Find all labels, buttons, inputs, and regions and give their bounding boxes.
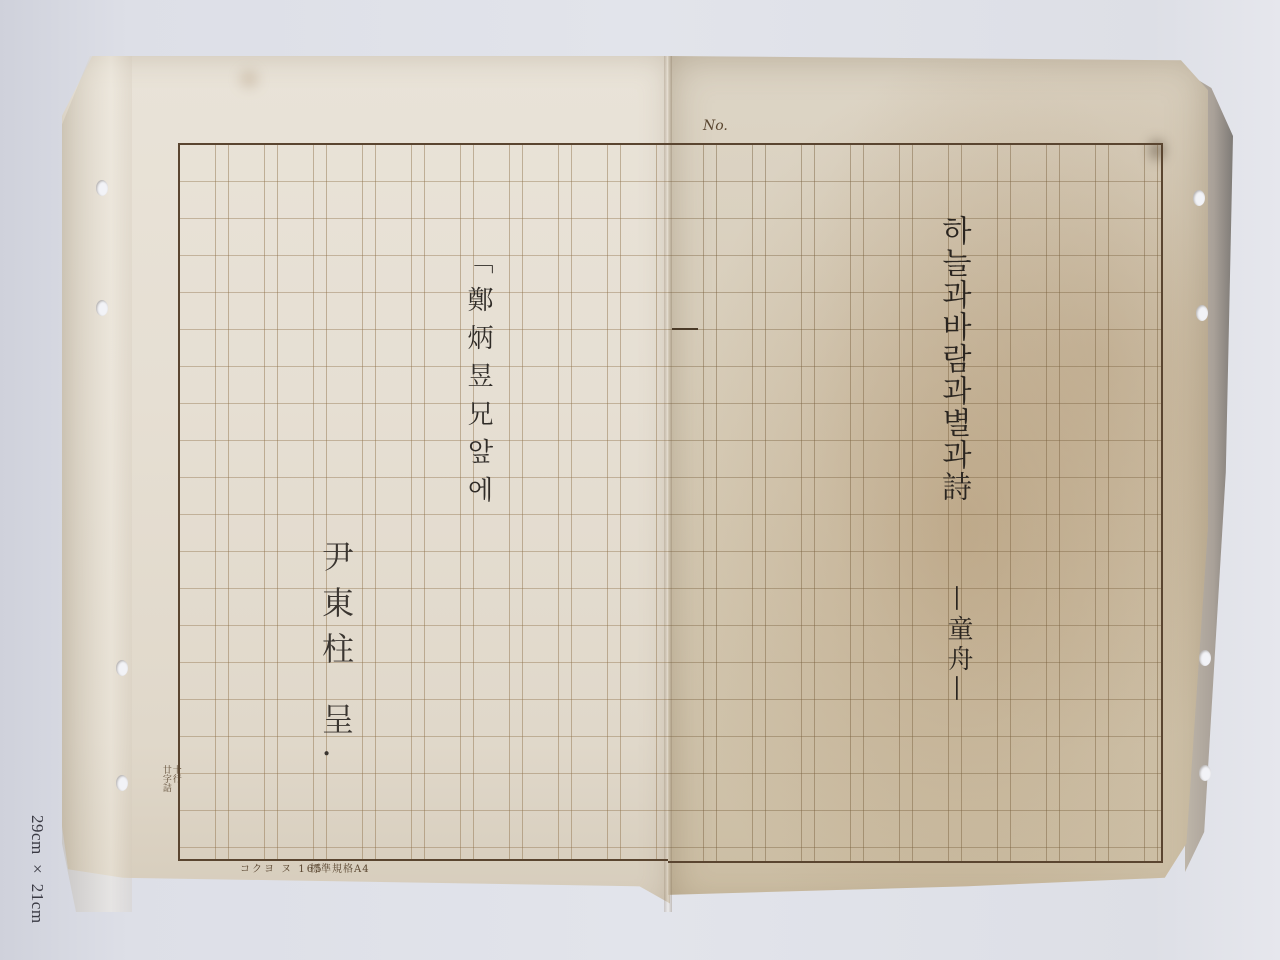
center-mark: [672, 328, 698, 330]
handwritten-signature: 尹東柱 呈.: [320, 540, 352, 772]
punch-hole: [1199, 650, 1211, 666]
punch-hole: [1199, 765, 1211, 781]
manuscript-grid-left: [178, 143, 668, 861]
punch-hole: [96, 300, 108, 316]
handwritten-pen-name: —童舟—: [945, 585, 971, 705]
punch-hole: [96, 180, 108, 196]
handwritten-title: 하늘과바람과별과詩: [938, 215, 968, 503]
grid-lines: [668, 145, 1161, 861]
margin-rows: 十行: [170, 765, 180, 792]
footer-spec: 標準規格A4: [310, 860, 370, 875]
margin-chars: 廿字詰: [160, 765, 170, 792]
punch-hole: [116, 660, 128, 676]
manuscript-photo: 29cm × 21cm No. コクヨ ヌ 165 標準規格A4 十行 廿字詰 …: [0, 0, 1280, 960]
size-caption: 29cm × 21cm: [25, 815, 47, 955]
handwritten-dedication: 「鄭炳昱兄앞에: [465, 248, 491, 514]
punch-hole: [1196, 305, 1208, 321]
grid-lines: [180, 145, 668, 859]
punch-hole: [1193, 190, 1205, 206]
manuscript-grid-right: [668, 143, 1163, 863]
stain: [240, 70, 258, 88]
number-label: No.: [703, 118, 728, 134]
margin-label: 十行 廿字詰: [160, 765, 180, 792]
punch-hole: [116, 775, 128, 791]
